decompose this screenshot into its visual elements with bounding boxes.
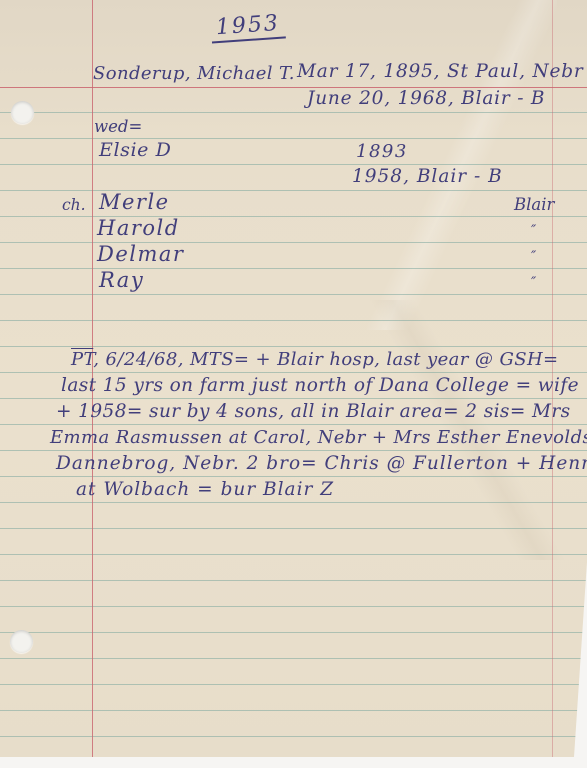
child-residence-merle: Blair: [514, 195, 554, 214]
child-residence-ditto: ″: [531, 223, 536, 239]
child-name-harold: Harold: [97, 216, 180, 240]
spouse-birth-year: 1893: [356, 141, 408, 162]
child-name-merle: Merle: [99, 190, 170, 214]
punch-hole-top: [11, 101, 34, 124]
entry-year-title: 1953: [210, 10, 286, 43]
subject-birth: Mar 17, 1895, St Paul, Nebr: [297, 61, 584, 82]
note-line-6: at Wolbach = bur Blair Z: [76, 479, 334, 500]
child-residence-ditto: ″: [531, 249, 536, 265]
note-line-2: last 15 yrs on farm just north of Dana C…: [61, 375, 579, 396]
note-line-5: Dannebrog, Nebr. 2 bro= Chris @ Fullerto…: [56, 453, 587, 474]
source-abbreviation: PT: [71, 349, 93, 370]
children-label: ch.: [62, 196, 86, 214]
child-residence-ditto: ″: [531, 275, 536, 291]
subject-name: Sonderup, Michael T.: [93, 63, 295, 84]
spouse-name: Elsie D: [99, 139, 172, 161]
note-line-1-text: , 6/24/68, MTS= + Blair hosp, last year …: [93, 349, 558, 370]
notebook-page: 1953 Sonderup, Michael T. Mar 17, 1895, …: [0, 0, 587, 757]
spouse-death: 1958, Blair - B: [352, 166, 503, 187]
note-line-1: PT, 6/24/68, MTS= + Blair hosp, last yea…: [71, 349, 559, 370]
subject-death: June 20, 1968, Blair - B: [307, 88, 545, 109]
wed-label: wed=: [94, 117, 142, 136]
child-name-ray: Ray: [99, 268, 144, 292]
note-line-4: Emma Rasmussen at Carol, Nebr + Mrs Esth…: [50, 427, 587, 448]
punch-hole-bottom: [10, 630, 33, 653]
note-line-3: + 1958= sur by 4 sons, all in Blair area…: [56, 401, 571, 422]
child-name-delmar: Delmar: [97, 242, 184, 266]
